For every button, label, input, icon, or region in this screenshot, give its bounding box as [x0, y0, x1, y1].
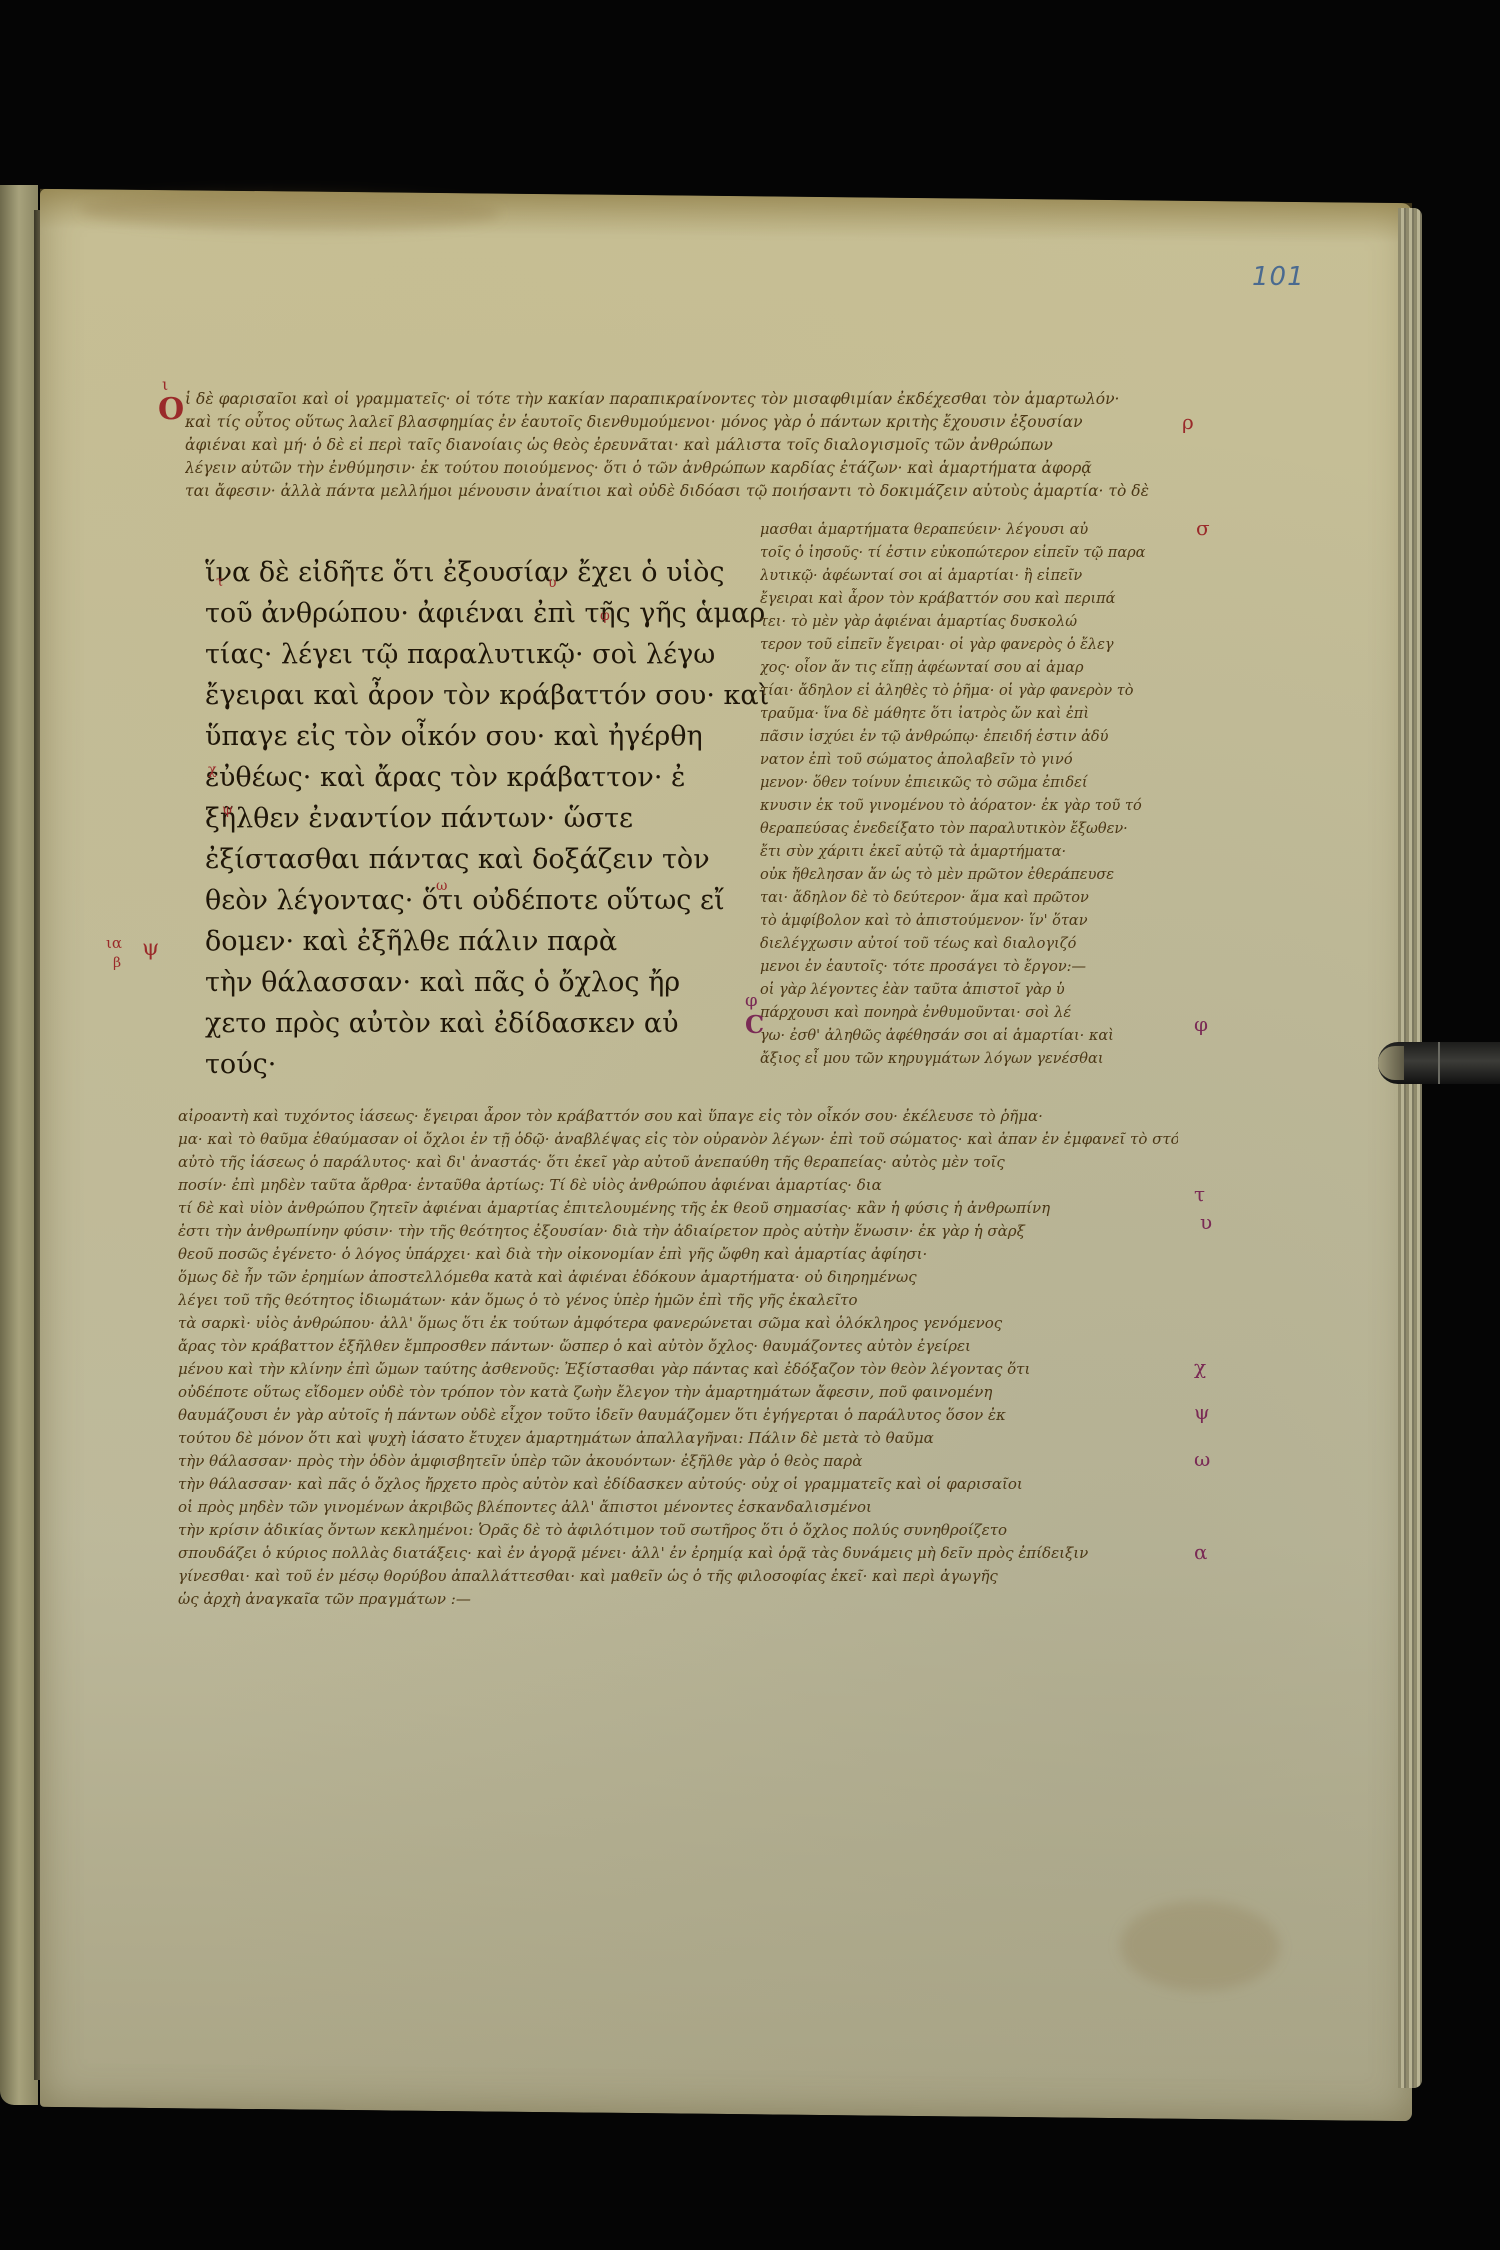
commentary-line: τί δὲ καὶ υἱὸν ἀνθρώπου ζητεῖν ἀφιέναι ἁ…: [178, 1197, 1178, 1220]
commentary-line: ἱ δὲ φαρισαῖοι καὶ οἱ γραμματεῖς· οἱ τότ…: [185, 388, 1165, 411]
commentary-line: τὰ σαρκὶ· υἱὸς ἀνθρώπου· ἀλλ' ὅμως ὅτι ἐ…: [178, 1312, 1178, 1335]
text-line: εὐθέως· καὶ ἄρας τὸν κράβαττον· ἐ: [205, 757, 725, 798]
margin-mark-phi-left: φ: [745, 990, 758, 1011]
commentary-line: λέγειν αὐτῶν τὴν ἐνθύμησιν· ἐκ τούτου πο…: [185, 457, 1165, 480]
margin-sigla-rho: ρ: [1182, 410, 1194, 434]
interlinear-mark: ω: [436, 878, 447, 894]
book-clasp-strap: [1378, 1042, 1500, 1084]
commentary-line: μα· καὶ τὸ θαῦμα ἐθαύμασαν οἱ ὄχλοι ἐν τ…: [178, 1128, 1178, 1151]
commentary-line: οὐδέποτε οὕτως εἴδομεν οὐδὲ τὸν τρόπον τ…: [178, 1381, 1178, 1404]
text-line: ὕπαγε εἰς τὸν οἶκόν σου· καὶ ἠγέρθη: [205, 716, 725, 757]
commentary-line: νατον ἐπὶ τοῦ σώματος ἀπολαβεῖν τὸ γινό: [760, 749, 1180, 772]
margin-sigla-alpha: α: [1194, 1540, 1208, 1564]
commentary-line: τὴν θάλασσαν· πρὸς τὴν ὁδὸν ἀμφισβητεῖν …: [178, 1450, 1178, 1473]
commentary-line: οἱ γὰρ λέγοντες ἐὰν ταῦτα ἀπιστοῖ γὰρ ὑ: [760, 979, 1180, 1002]
commentary-line: μενοι ἐν ἑαυτοῖς· τότε προσάγει τὸ ἔργον…: [760, 956, 1180, 979]
text-line: ξῆλθεν ἐναντίον πάντων· ὥστε: [205, 798, 725, 839]
text-line: τὴν θάλασσαν· καὶ πᾶς ὁ ὄχλος ἤρ: [205, 962, 725, 1003]
text-line: χετο πρὸς αὐτὸν καὶ ἐδίδασκεν αὐ: [205, 1003, 725, 1044]
commentary-line: τίαι· ἄδηλον εἰ ἀληθὲς τὸ ῥῆμα· οἱ γὰρ φ…: [760, 680, 1180, 703]
commentary-line: τὴν θάλασσαν· καὶ πᾶς ὁ ὄχλος ἤρχετο πρὸ…: [178, 1473, 1178, 1496]
fore-edge-text-block: [1398, 208, 1422, 2088]
commentary-line: γίνεσθαι· καὶ τοῦ ἐν μέσῳ θορύβου ἀπαλλά…: [178, 1565, 1178, 1588]
commentary-line: ἄρας τὸν κράβαττον ἐξῆλθεν ἔμπροσθεν πάν…: [178, 1335, 1178, 1358]
interlinear-mark: ψ: [222, 802, 233, 818]
rubricated-initial-o: Ο: [158, 392, 184, 427]
commentary-line: τὴν κρίσιν ἀδικίας ὄντων κεκλημένοι: Ὁρᾶ…: [178, 1519, 1178, 1542]
commentary-line: θεοῦ ποσῶς ἐγένετο· ὁ λόγος ὑπάρχει· καὶ…: [178, 1243, 1178, 1266]
commentary-line: οὐκ ἤθελησαν ἄν ὡς τὸ μὲν πρῶτον ἐθεράπε…: [760, 864, 1180, 887]
commentary-line: ὅμως δὲ ἦν τῶν ἐρημίων ἀποστελλόμεθα κατ…: [178, 1266, 1178, 1289]
text-line: δομεν· καὶ ἐξῆλθε πάλιν παρὰ: [205, 921, 725, 962]
text-line: θεὸν λέγοντας· ὅτι οὐδέποτε οὕτως εἴ: [205, 880, 725, 921]
interlinear-mark: υ: [548, 575, 557, 591]
margin-sigla-sigma: σ: [1196, 516, 1210, 540]
commentary-line: διελέγχωσιν αὐτοί τοῦ τέως καὶ διαλογιζό: [760, 933, 1180, 956]
bottom-commentary-block: αἰροαντὴ καὶ τυχόντος ἰάσεως· ἔγειραι ἆρ…: [178, 1105, 1178, 1611]
commentary-line: γω· ἐσθ' ἀληθῶς ἀφέθησάν σοι αἱ ἁμαρτίαι…: [760, 1025, 1180, 1048]
commentary-line: μασθαι ἁμαρτήματα θεραπεύειν· λέγουσι αὐ: [760, 519, 1180, 542]
margin-sigla-phi: φ: [1194, 1012, 1208, 1036]
section-sub-number: β: [113, 955, 121, 971]
commentary-line: θεραπεύσας ἐνεδείξατο τὸν παραλυτικὸν ἔξ…: [760, 818, 1180, 841]
commentary-line: χος· οἷον ἄν τις εἴπῃ ἀφέωνταί σου αἱ ἁμ…: [760, 657, 1180, 680]
commentary-line: ἐστι τὴν ἀνθρωπίνην φύσιν· τὴν τῆς θεότη…: [178, 1220, 1178, 1243]
text-line: ἔγειραι καὶ ἆρον τὸν κράβαττόν σου· καὶ: [205, 675, 725, 716]
commentary-line: λυτικῷ· ἀφέωνταί σοι αἱ ἁμαρτίαι· ἢ εἰπε…: [760, 565, 1180, 588]
text-line: τούς·: [205, 1044, 725, 1085]
facing-page-edge: [0, 185, 38, 2105]
commentary-line: ται· ἄδηλον δὲ τὸ δεύτερον· ἅμα καὶ πρῶτ…: [760, 887, 1180, 910]
text-line: τίας· λέγει τῷ παραλυτικῷ· σοὶ λέγω: [205, 634, 725, 675]
commentary-line: ἔτι σὺν χάριτι ἐκεῖ αὐτῷ τὰ ἁμαρτήματα·: [760, 841, 1180, 864]
commentary-line: πᾶσιν ἰσχύει ἐν τῷ ἀνθρώπῳ· ἐπειδή ἐστιν…: [760, 726, 1180, 749]
commentary-line: μένου καὶ τὴν κλίνην ἐπὶ ὤμων ταύτης ἀσθ…: [178, 1358, 1178, 1381]
commentary-line: τει· τὸ μὲν γὰρ ἀφιέναι ἁμαρτίας δυσκολώ: [760, 611, 1180, 634]
commentary-line: μενον· ὅθεν τοίνυν ἐπιεικῶς τὸ σῶμα ἐπιδ…: [760, 772, 1180, 795]
commentary-line: τὸ ἀμφίβολον καὶ τὸ ἀπιστούμενον· ἵν' ὅτ…: [760, 910, 1180, 933]
commentary-line: ποσίν· ἐπὶ μηδὲν ταῦτα ἄρθρα· ἐνταῦθα ἀρ…: [178, 1174, 1178, 1197]
margin-sigla-upsilon: υ: [1200, 1210, 1212, 1234]
folio-number: 101: [1252, 262, 1305, 292]
section-number: ια: [106, 934, 122, 952]
commentary-line: ἀφιέναι καὶ μή· ὁ δὲ εἰ περὶ ταῖς διανοί…: [185, 434, 1165, 457]
foxing-stain: [1120, 1900, 1280, 1992]
text-line: τοῦ ἀνθρώπου· ἀφιέναι ἐπὶ τῆς γῆς ἁμαρ: [205, 593, 725, 634]
commentary-line: ἄξιος εἶ μου τῶν κηρυγμάτων λόγων γενέσθ…: [760, 1048, 1180, 1071]
commentary-line: ὡς ἀρχὴ ἀναγκαῖα τῶν πραγμάτων :—: [178, 1588, 1178, 1611]
interlinear-mark: φ: [600, 608, 610, 624]
commentary-line: αἰροαντὴ καὶ τυχόντος ἰάσεως· ἔγειραι ἆρ…: [178, 1105, 1178, 1128]
commentary-line: ἔγειραι καὶ ἆρον τὸν κράβαττόν σου καὶ π…: [760, 588, 1180, 611]
text-line: ἐξίστασθαι πάντας καὶ δοξάζειν τὸν: [205, 839, 725, 880]
commentary-line: κνυσιν ἐκ τοῦ γινομένου τὸ ἀόρατον· ἐκ γ…: [760, 795, 1180, 818]
interlinear-mark: χ: [208, 762, 216, 778]
commentary-line: τερον τοῦ εἰπεῖν ἔγειραι· οἱ γὰρ φανερὸς…: [760, 634, 1180, 657]
right-column-commentary: μασθαι ἁμαρτήματα θεραπεύειν· λέγουσι αὐ…: [760, 519, 1180, 1071]
text-line: ἵνα δὲ εἰδῆτε ὅτι ἐξουσίαν ἔχει ὁ υἱὸς: [205, 552, 725, 593]
margin-note-glyph: ψ: [142, 936, 159, 961]
margin-sigla-chi: χ: [1194, 1355, 1206, 1379]
commentary-line: καὶ τίς οὗτος οὕτως λαλεῖ βλασφημίας ἐν …: [185, 411, 1165, 434]
main-gospel-text: ἵνα δὲ εἰδῆτε ὅτι ἐξουσίαν ἔχει ὁ υἱὸς τ…: [205, 552, 725, 1085]
commentary-line: ται ἄφεσιν· ἀλλὰ πάντα μελλήμοι μένουσιν…: [185, 480, 1165, 503]
commentary-line: τραῦμα· ἵνα δὲ μάθητε ὅτι ἰατρὸς ὤν καὶ …: [760, 703, 1180, 726]
commentary-line: τούτου δὲ μόνον ὅτι καὶ ψυχὴ ἰάσατο ἔτυχ…: [178, 1427, 1178, 1450]
margin-sigla-psi: ψ: [1194, 1400, 1210, 1424]
top-commentary-block: ἱ δὲ φαρισαῖοι καὶ οἱ γραμματεῖς· οἱ τότ…: [185, 388, 1165, 503]
commentary-line: αὐτὸ τῆς ἰάσεως ὁ παράλυτος· καὶ δι' ἀνα…: [178, 1151, 1178, 1174]
margin-sigla-tau: τ: [1194, 1182, 1205, 1206]
margin-sigla-omega: ω: [1194, 1447, 1210, 1471]
interlinear-mark: τ: [216, 574, 224, 590]
commentary-line: πάρχουσι καὶ πονηρὰ ἐνθυμοῦνται· σοὶ λέ: [760, 1002, 1180, 1025]
commentary-line: λέγει τοῦ τῆς θεότητος ἰδιωμάτων· κἀν ὅμ…: [178, 1289, 1178, 1312]
commentary-line: τοῖς ὁ ἰησοῦς· τί ἐστιν εὐκοπώτερον εἰπε…: [760, 542, 1180, 565]
rubricated-initial-c: C: [745, 1010, 764, 1039]
commentary-line: οἱ πρὸς μηδὲν τῶν γινομένων ἀκριβῶς βλέπ…: [178, 1496, 1178, 1519]
commentary-line: θαυμάζουσι ἐν γὰρ αὐτοῖς ἡ πάντων οὐδὲ ε…: [178, 1404, 1178, 1427]
water-stain: [80, 189, 500, 233]
commentary-line: σπουδάζει ὁ κύριος πολλὰς διατάξεις· καὶ…: [178, 1542, 1178, 1565]
